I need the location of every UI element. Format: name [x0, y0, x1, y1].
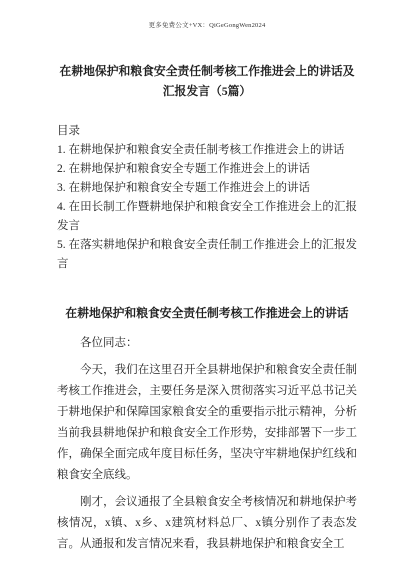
paragraph-salutation: 各位同志： [57, 333, 357, 354]
table-of-contents: 目录 1. 在耕地保护和粮食安全责任制考核工作推进会上的讲话 2. 在耕地保护和… [57, 122, 357, 274]
toc-label: 目录 [57, 122, 357, 141]
paragraph: 今天，我们在这里召开全县耕地保护和粮食安全责任制考核工作推进会，主要任务是深入贯… [57, 360, 357, 486]
toc-item-4: 4. 在田长制工作暨耕地保护和粮食安全工作推进会上的汇报发言 [57, 198, 357, 236]
section-heading: 在耕地保护和粮食安全责任制考核工作推进会上的讲话 [57, 303, 357, 323]
toc-item-3: 3. 在耕地保护和粮食安全专题工作推进会上的讲话 [57, 179, 357, 198]
header-watermark-note: 更多免费公文+VX：QiGeGongWen2024 [57, 21, 357, 30]
document-page: 更多免费公文+VX：QiGeGongWen2024 在耕地保护和粮食安全责任制考… [0, 0, 410, 580]
toc-item-5: 5. 在落实耕地保护和粮食安全责任制工作推进会上的汇报发言 [57, 236, 357, 274]
document-title: 在耕地保护和粮食安全责任制考核工作推进会上的讲话及汇报发言（5篇） [57, 61, 357, 101]
paragraph: 刚才，会议通报了全县粮食安全考核情况和耕地保护考核情况，x镇、x乡、x建筑材料总… [57, 492, 357, 555]
toc-item-1: 1. 在耕地保护和粮食安全责任制考核工作推进会上的讲话 [57, 141, 357, 160]
toc-item-2: 2. 在耕地保护和粮食安全专题工作推进会上的讲话 [57, 160, 357, 179]
speech-body: 各位同志： 今天，我们在这里召开全县耕地保护和粮食安全责任制考核工作推进会，主要… [57, 333, 357, 555]
